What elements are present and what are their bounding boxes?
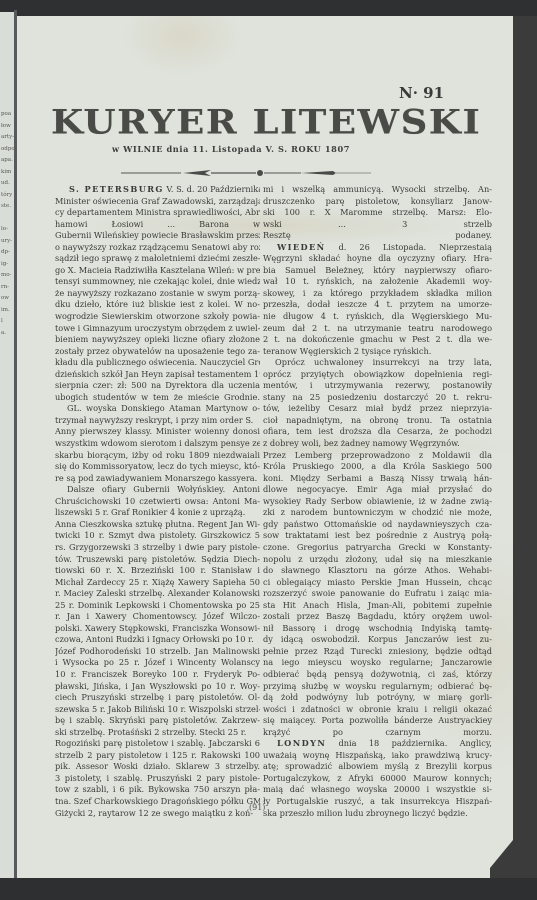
text-line: nopolu z urzędu złożony, udał się na mie…	[263, 554, 492, 566]
adjacent-page-text: ow	[1, 293, 9, 305]
text-line: sta Hit Anach Hisla, Jman-Ali, pobitemi …	[263, 600, 492, 612]
text-line: bę i szablę. Skryński parę pistoletów. Z…	[55, 715, 260, 727]
text-line: 3 pistolety, i szablę. Pruszyński 2 pary…	[55, 773, 260, 785]
text-line: 10 r. Franciszek Boreyko 100 r. Fryderyk…	[55, 669, 260, 681]
text-line: wszystkim wdowom sierotom i dalszym pens…	[55, 438, 260, 450]
text-line: r. Maciey Zaleski strzelbę. Alexander Ko…	[55, 588, 260, 600]
text-line: wogrodzie Siewierskim otworzone szkoły p…	[55, 311, 260, 323]
text-line: skowey, i za którego przykładem składka …	[263, 288, 492, 300]
text-line: tensyi summowney, nie czekając kolei, dn…	[55, 276, 260, 288]
text-line: ska przeszło milion ludu zbroynego liczy…	[263, 808, 492, 820]
text-line: pik. Assesor Woski działo. Sklarew 3 str…	[55, 761, 260, 773]
text-line: Anna Cieszkowska sztukę płutna. Regent J…	[55, 519, 260, 531]
adjacent-page-text: poa	[1, 109, 11, 121]
text-line: ski strzelbę. Protaśński 2 strzelby. Ste…	[55, 727, 260, 739]
text-line: rozszerzyć swoie panowanie do Eufratu i …	[263, 588, 492, 600]
dateline: w WILNIE dnia 11. Listopada V. S. ROKU 1…	[112, 144, 350, 154]
text-line: wości i zdatności w obronie kraiu i reli…	[263, 704, 492, 716]
place-heading: WIEDEŃ	[277, 242, 326, 252]
text-line: uważaią woynę Hiszpańską, iako prawdziwą…	[263, 750, 492, 762]
issue-number: N· 91	[399, 84, 444, 102]
adjacent-page-strip: poałowarty-odpo-apa.kimud.tóryste.lo-ury…	[0, 12, 14, 882]
adjacent-page-text: a.	[1, 328, 6, 340]
text-line: dy idącą oswobodził. Korpus Janczarów ie…	[263, 634, 492, 646]
adjacent-page-text: lo-	[1, 224, 8, 236]
adjacent-page-text: dp-	[1, 247, 10, 259]
text-line: pławski, Jińska, i Jan Wyszłowski po 10 …	[55, 681, 260, 693]
text-line: bia Samuel Beleżney, który naypierwszy o…	[263, 265, 492, 277]
text-line: Resztę podaney.	[263, 230, 492, 242]
text-line: LONDYN dnia 18 października. Anglicy,	[263, 738, 492, 750]
adjacent-page-text: ury-	[1, 236, 12, 248]
text-line: Rogoziński parę pistoletow i szablę. Jab…	[55, 738, 260, 750]
text-line: z dobrey woli, bez żadney namowy Węgrzyn…	[263, 438, 492, 450]
text-line: dą żołd podwóyny lub potróyny, w miarę g…	[263, 692, 492, 704]
text-line: i Wysocka po 25 r. Józef i Wincenty Wola…	[55, 657, 260, 669]
text-line: re są pod zawiadywaniem Monarszego kassy…	[55, 473, 260, 485]
text-line: 25 r. Dominik Lepkowski i Chomentowska p…	[55, 600, 260, 612]
text-line: zki z narodem buntowniczym w chodzić nie…	[263, 507, 492, 519]
text-line: Króla Pruskiego 2000, a dla Króla Saskie…	[263, 461, 492, 473]
text-line: ciech Pruszyński strzelbę i parę pistole…	[55, 692, 260, 704]
text-line: dku dzieło, które iuż bliskie iest z kol…	[55, 299, 260, 311]
text-line: ski 100 r. X Maromme strzelbę. Marsz: El…	[263, 207, 492, 219]
text-line: skarbu biorącym, iżby od roku 1809 niezd…	[55, 450, 260, 462]
text-line: mentów, i utrzymywania rezerwy, postanow…	[263, 380, 492, 392]
text-line: trzymał naywyższy reskrypt, i przy nim o…	[55, 415, 260, 427]
text-line: Przez Lemberg przeprowadzono z Moldawii …	[263, 450, 492, 462]
text-line: tów, ieżeliby Cesarz miał bydź przez nie…	[263, 403, 492, 415]
text-line: oprócz przyiętych obowiązkow dopełnienia…	[263, 369, 492, 381]
text-line: do sławnego Klasztoru na górze Athos. We…	[263, 565, 492, 577]
adjacent-page-text: apa.	[1, 155, 13, 167]
text-line: zostały przez obywatelów na uposażenie t…	[55, 346, 260, 358]
text-line: mi i wszelką ammunicyą. Wysocki strzelbę…	[263, 184, 492, 196]
text-line: Minister oświecenia Graf Zawadowski, zar…	[55, 196, 260, 208]
adjacent-page-text: ud.	[1, 178, 10, 190]
text-line: cy departamentem Ministra sprawiedliwośc…	[55, 207, 260, 219]
newspaper-title: KURYER LITEWSKI	[51, 102, 457, 142]
text-line: Portugalczykow, z Afryki 60000 Maurow ko…	[263, 773, 492, 785]
text-line: ły Portugalskie ruszyć, a tak insurrekcy…	[263, 796, 492, 808]
text-line: stany na 25 posiedzeniu dostarczyć 20 t.…	[263, 392, 492, 404]
text-line: hamowi Łosiowi ... Barona w	[55, 219, 260, 231]
text-line: zeum dał 2 t. na utrzymanie teatru narod…	[263, 323, 492, 335]
text-line: liszewski 5 r. Graf Ronikier 4 konie z u…	[55, 507, 260, 519]
text-line: Gubernii Wileńskiey powiecie Brasławskim…	[55, 230, 260, 242]
text-line: tow z szabli, i 6 pik. Bykowska 750 arsz…	[55, 784, 260, 796]
text-line: Dalsze ofiary Gubernii Wołyńskiey. Anton…	[55, 484, 260, 496]
text-line: cioł napadniętym, na obronę tronu. Ta os…	[263, 415, 492, 427]
text-line: o naywyższy rozkaz rządzącemu Senatowi a…	[55, 242, 260, 254]
text-line: bieniem naywyższey opieki liczne ofiary …	[55, 334, 260, 346]
text-line: ubogich studentów w tem że mieście Grodn…	[55, 392, 260, 404]
text-line: na iego mieyscu woysko regularne; Jancza…	[263, 657, 492, 669]
text-line: zostali przez Baszę Bagdadu, który oręże…	[263, 611, 492, 623]
text-line: pełnie przez Rząd Turecki zniesiony, będ…	[263, 646, 492, 658]
text-line: twicki 10 r. Szmyt dwa pistolety. Girszk…	[55, 530, 260, 542]
text-line: 2 t. na dokończenie gmachu w Pest 2 t. d…	[263, 334, 492, 346]
folio-mark: (91)	[249, 803, 265, 812]
text-line: się do Kommissoryatow, lecz do tych miey…	[55, 461, 260, 473]
text-line: S. PETERSBURG V. S. d. 20 Października.	[55, 184, 260, 196]
ornamental-divider-icon	[121, 168, 391, 178]
text-line: Józef Podhorodeński 10 strzelb. Jan Mali…	[55, 646, 260, 658]
text-line: go X. Macieia Radziwiłła Kasztelana Wile…	[55, 265, 260, 277]
text-line: druszczenko parę pistoletow, konsyliarz …	[263, 196, 492, 208]
text-line: maią dać własnego woyska 20000 i wszystk…	[263, 784, 492, 796]
text-line: Oprócz uchwaloney insurrekcyi na trzy la…	[263, 357, 492, 369]
text-line: dzieńskich szkół Jan Heyn zapisał testam…	[55, 369, 260, 381]
text-line: nił Bassorę i drogę wschodnią Indyiską t…	[263, 623, 492, 635]
adjacent-page-text: odpo-	[1, 144, 14, 156]
text-line: czone. Gregorius patryarcha Grecki w Kon…	[263, 542, 492, 554]
text-line: wał 10 t. ryńskich, na założenie Akademi…	[263, 276, 492, 288]
text-line: Michał Zardeccy 25 r. Xiążę Xawery Sapie…	[55, 577, 260, 589]
adjacent-page-text: l	[1, 316, 3, 328]
scanner-bottom-edge	[0, 878, 537, 900]
adjacent-page-text: mo-	[1, 270, 11, 282]
text-line: wysokiey Rady Serbow obiawienie, iż w ża…	[263, 496, 492, 508]
text-line: nie długow 4 t. ryńskich, dla Węgierskie…	[263, 311, 492, 323]
text-line: kładu dla publicznego oświecenia. Nauczy…	[55, 357, 260, 369]
adjacent-page-text: rn-	[1, 282, 9, 294]
text-line: r. Jan i Xawery Chomentowscy. Józef Wilc…	[55, 611, 260, 623]
text-line: się maiącey. Porta pozwoliła bánderze Au…	[263, 715, 492, 727]
article-column-left: S. PETERSBURG V. S. d. 20 Października.M…	[55, 184, 260, 819]
adjacent-page-text: ste.	[1, 201, 11, 213]
text-line: sądził iego sprawę z małoletniemi dziećm…	[55, 253, 260, 265]
text-line: rs. Grzygorzewski 3 strzelby i dwie pary…	[55, 542, 260, 554]
text-line: przeszła, dodał ieszcze 4 t. przytem na …	[263, 299, 492, 311]
adjacent-page-text: ig-	[1, 259, 8, 271]
text-line: tiowski 60 r. X. Brzeziński 100 r. Stani…	[55, 565, 260, 577]
text-line: polski. Xawery Stępkowski, Franciszka Wo…	[55, 623, 260, 635]
text-line: czowa, Antoni Rudzki i Ignacy Orłowski p…	[55, 634, 260, 646]
place-heading: LONDYN	[277, 738, 326, 748]
text-line: Chruścichowski 10 czetwierti owsa: Anton…	[55, 496, 260, 508]
text-line: Giżycki 2, raytarow 12 ze swego maiątku …	[55, 808, 260, 820]
text-line: sow traktatami iest bez pośrednie z Aust…	[263, 530, 492, 542]
text-line: tna. Szef Charkowskiego Dragońskiego pół…	[55, 796, 260, 808]
adjacent-page-text: arty-	[1, 132, 14, 144]
text-line: gdy państwo Ottomańskie od naydawnieyszy…	[263, 519, 492, 531]
text-line: sierpnia czer: zł: 500 na Dyrektora dla …	[55, 380, 260, 392]
text-line: ofiara, tem iest droższa dla Cesarza, że…	[263, 426, 492, 438]
adjacent-page-text: łow	[1, 121, 11, 133]
text-line: teranow Węgierskich 2 tysiące ryńskich.	[263, 346, 492, 358]
place-heading: S. PETERSBURG	[69, 184, 164, 194]
text-line: przyimą służbę w woysku regularnym; odbi…	[263, 681, 492, 693]
text-line: szewska 5 r. Jakob Biliński 10 r. Wiszpo…	[55, 704, 260, 716]
text-line: dlowe negocyacye. Emir Aga miał przysłać…	[263, 484, 492, 496]
text-line: krążyć po czarnym morzu.	[263, 727, 492, 739]
text-line: atę; sprowadzić albowiem myślą z Brezyli…	[263, 761, 492, 773]
text-line: towe i Gimnazyum uroczystym obrzędem z u…	[55, 323, 260, 335]
text-line: tów. Truszewski parę pistoletów. Sędzia …	[55, 554, 260, 566]
text-line: że naywyższy rozkazano zostanie w swym p…	[55, 288, 260, 300]
scanner-top-edge	[0, 0, 537, 16]
article-column-right: mi i wszelką ammunicyą. Wysocki strzelbę…	[263, 184, 492, 819]
text-line: wski ... 3 strzelb	[263, 219, 492, 231]
text-line: strzelb 2 pary pistoletow i 125 r. Rakow…	[55, 750, 260, 762]
text-line: Węgrzyni składać hoyne dla oyczyzny ofia…	[263, 253, 492, 265]
text-line: odbierać będą pensyą dożywotnią, ci zaś,…	[263, 669, 492, 681]
text-line: Anny pierwszey klassy. Minister woienny …	[55, 426, 260, 438]
adjacent-page-text: kim	[1, 167, 11, 179]
text-line: WIEDEŃ d. 26 Listopada. Nieprzestaią	[263, 242, 492, 254]
text-line: ci oblegaiący miasto Perskie Jman Hussei…	[263, 577, 492, 589]
adjacent-page-text: tóry	[1, 190, 12, 202]
text-line: GL. woyska Donskiego Ataman Martynow o-	[55, 403, 260, 415]
text-line: koni. Między Serbami a Baszą Nissy trwai…	[263, 473, 492, 485]
newspaper-page: N· 91 KURYER LITEWSKI w WILNIE dnia 11. …	[17, 16, 513, 878]
adjacent-page-text: im.	[1, 305, 10, 317]
